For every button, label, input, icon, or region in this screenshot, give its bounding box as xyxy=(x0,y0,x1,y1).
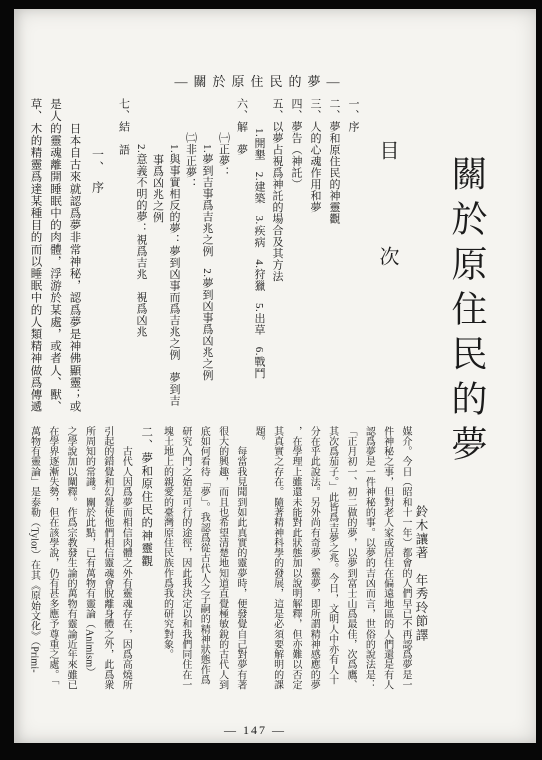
toc-heading: 目次 xyxy=(374,98,400,416)
author-translator-byline: 鈴木讓著 年秀玲節譯 xyxy=(412,505,430,675)
toc-item-6-sub-1-examples: 1.夢到吉事爲吉兆之例 2.夢到凶事爲凶兆之例 xyxy=(199,98,216,416)
upper-text-band: 目次 一、序 二、夢和原住民的神靈觀 三、人的心魂作用和夢 四、夢告（神託） 五… xyxy=(22,98,400,416)
article-title: 關於原住民的夢 xyxy=(442,155,493,495)
section-2-column-1: 古代人因爲夢而相信肉體之外有靈魂存在，因爲高燒所 xyxy=(116,426,134,692)
section-2-column-6: 萬物有靈論」是泰勒（Tylor）在其《原始文化》（Primi- xyxy=(24,426,42,692)
toc-item-6-sub-2-examples: 1.與事實相反的夢：夢到凶事而爲吉兆之例 夢到吉 xyxy=(166,98,183,416)
toc-item-6-sub-1: ㈠正夢： xyxy=(215,98,232,416)
body-column-10: 每當我見聞到如此真實的靈夢時，便發覺自己對夢有著 xyxy=(231,426,249,692)
toc-item-6-sub-2-examples-cont: 事爲凶兆之例 xyxy=(149,98,166,416)
toc-item-6-sub-3: 2.意義不明的夢：視爲吉兆 視爲凶兆 xyxy=(133,98,150,416)
section-2-column-5: 在學界逐漸失勢，但在該學說，仍有甚多應予尊重之處。「 xyxy=(42,426,60,692)
toc-item-2: 二、夢和原住民的神靈觀 xyxy=(324,98,343,416)
section-2-heading: 二、夢和原住民的神靈觀 xyxy=(136,426,155,692)
page-number: — 147 — xyxy=(14,723,496,738)
toc-item-7: 七、結 語 xyxy=(114,98,133,416)
body-column-8: 其真實之存在。隨著精神科學的發展，這是必須要解明的課 xyxy=(267,426,285,692)
section-1-heading: 一、 序 xyxy=(88,98,108,416)
section-2-column-4: 之學說加以闡釋。作爲宗教發生論的萬物有靈論近年來雖已 xyxy=(61,426,79,692)
body-column-3: 認爲夢是一件神秘的事。以夢的吉凶而言，世俗的說法是： xyxy=(359,426,377,692)
toc-item-6: 六、解 夢 xyxy=(232,98,251,416)
body-column-12: 底如何看待「夢」。我認爲從古代人之子嗣的精神狀態作爲 xyxy=(194,426,212,692)
body-column-14: 塊土地上的親愛的臺灣原住民族作爲我的研究對象。 xyxy=(157,426,175,692)
section-2-column-2: 引起的錯覺和幻覺使他們相信靈魂會脫離身體之外，此爲衆 xyxy=(98,426,116,692)
section-1-column-2: 是人的靈魂離開睡眠中的肉體，浮游於某處，或者人、獸、 xyxy=(45,98,65,416)
toc-item-6-sub-2: ㈡非正夢： xyxy=(182,98,199,416)
book-page: —關於原住民的夢— 關於原住民的夢 鈴木讓著 年秀玲節譯 目次 一、序 二、夢和… xyxy=(14,9,536,743)
body-column-5: 其次爲茄子。」此皆爲吉夢之兆。今日，文明人中亦有人十 xyxy=(322,426,340,692)
section-2-column-3: 所周知的常識。關於此點，已有萬物有靈論（Animism） xyxy=(79,426,97,692)
toc-item-5-sublist: 1.開墾 2.建築 3.疾病 4.狩獵 5.出草 6.戰鬥 xyxy=(251,98,268,416)
section-1-column-3: 草、木的精靈爲達某種目的而以睡眠中的人類精神做爲傳遞 xyxy=(25,98,45,416)
scan-background: —關於原住民的夢— 關於原住民的夢 鈴木讓著 年秀玲節譯 目次 一、序 二、夢和… xyxy=(0,0,542,760)
running-header: —關於原住民的夢— xyxy=(14,71,506,90)
toc-item-3: 三、人的心魂作用和夢 xyxy=(305,98,324,416)
body-column-7: ，在學理上雖還未能對此狀態加以說明解釋，但亦難以否定 xyxy=(286,426,304,692)
toc-item-1: 一、序 xyxy=(343,98,362,416)
body-column-1: 媒介。今日（昭和十一年）都會的人們早已不再認爲夢是一 xyxy=(396,426,414,692)
body-column-4: 「正月初一、初二做的夢，以夢到富士山爲最佳，次爲鷹、 xyxy=(341,426,359,692)
toc-item-4: 四、夢告（神託） xyxy=(286,98,305,416)
lower-text-band: 媒介。今日（昭和十一年）都會的人們早已不再認爲夢是一 件神秘之事，但對老人家或居… xyxy=(26,426,414,692)
body-column-13: 研究入門之始是可行的途徑，因此我決定以和我們同住在一 xyxy=(176,426,194,692)
body-column-6: 分在乎此說法。另外尚有奇夢、靈夢，即所謂精神感應的夢 xyxy=(304,426,322,692)
body-column-9: 題。 xyxy=(249,426,267,692)
section-1-column-1: 日本自古來就認爲夢非常神秘，認爲夢是神佛顯靈；或 xyxy=(64,98,84,416)
body-column-11: 很大的興趣，而且也希望清楚地知道直覺極敏銳的古代人到 xyxy=(212,426,230,692)
toc-item-5: 五、以夢占視爲神託的場合及其方法 xyxy=(267,98,286,416)
body-column-2: 件神秘之事，但對老人家或居住在偏遠地區的人們還是有人 xyxy=(377,426,395,692)
